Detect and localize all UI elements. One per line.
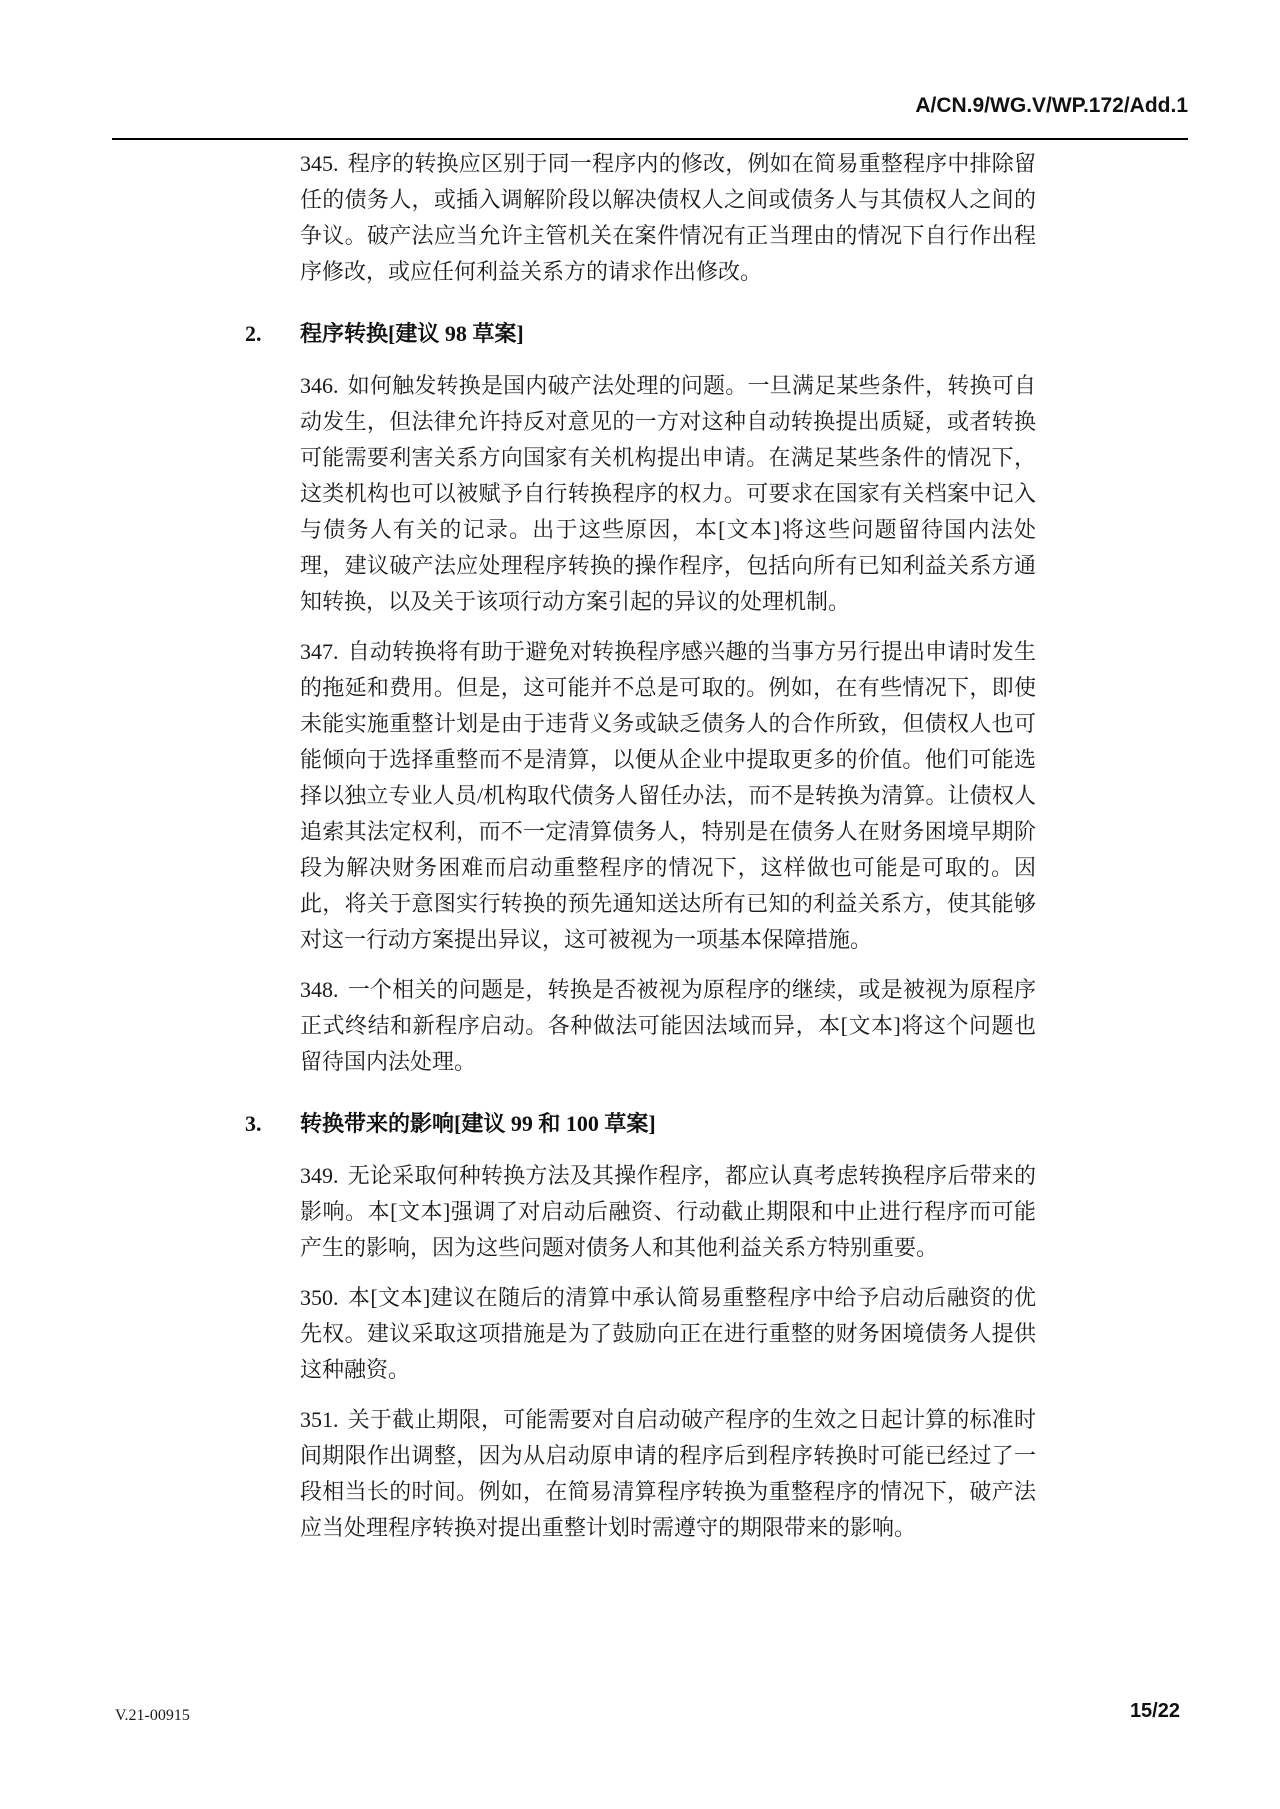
paragraph-351: 351.关于截止期限，可能需要对自启动破产程序的生效之日起计算的标准时间期限作出… [300,1402,1036,1546]
section-title: 转换带来的影响[建议 99 和 100 草案] [300,1111,656,1136]
paragraph-350: 350.本[文本]建议在随后的清算中承认简易重整程序中给予启动后融资的优先权。建… [300,1280,1036,1388]
paragraph-number: 350. [300,1285,339,1310]
document-symbol: A/CN.9/WG.V/WP.172/Add.1 [915,94,1188,118]
document-page: A/CN.9/WG.V/WP.172/Add.1 345.程序的转换应区别于同一… [0,0,1280,1809]
section-title: 程序转换[建议 98 草案] [300,321,524,346]
paragraph-text: 无论采取何种转换方法及其操作程序，都应认真考虑转换程序后带来的影响。本[文本]强… [300,1163,1036,1260]
paragraph-number: 349. [300,1163,339,1188]
paragraph-number: 347. [300,639,339,664]
paragraph-number: 345. [300,151,339,176]
paragraph-text: 程序的转换应区别于同一程序内的修改，例如在简易重整程序中排除留任的债务人，或插入… [300,151,1036,284]
paragraph-text: 关于截止期限，可能需要对自启动破产程序的生效之日起计算的标准时间期限作出调整，因… [300,1407,1036,1540]
document-body: 345.程序的转换应区别于同一程序内的修改，例如在简易重整程序中排除留任的债务人… [300,146,1036,1546]
paragraph-345: 345.程序的转换应区别于同一程序内的修改，例如在简易重整程序中排除留任的债务人… [300,146,1036,290]
paragraph-347: 347.自动转换将有助于避免对转换程序感兴趣的当事方另行提出申请时发生的拖延和费… [300,634,1036,958]
section-heading-3: 3.转换带来的影响[建议 99 和 100 草案] [300,1106,1036,1142]
header-rule [112,138,1188,140]
section-heading-2: 2.程序转换[建议 98 草案] [300,316,1036,352]
paragraph-text: 一个相关的问题是，转换是否被视为原程序的继续，或是被视为原程序正式终结和新程序启… [300,977,1036,1074]
paragraph-number: 348. [300,977,339,1002]
paragraph-text: 本[文本]建议在随后的清算中承认简易重整程序中给予启动后融资的优先权。建议采取这… [300,1285,1036,1382]
footer-job-number: V.21-00915 [115,1707,190,1725]
paragraph-text: 自动转换将有助于避免对转换程序感兴趣的当事方另行提出申请时发生的拖延和费用。但是… [300,639,1036,952]
paragraph-348: 348.一个相关的问题是，转换是否被视为原程序的继续，或是被视为原程序正式终结和… [300,972,1036,1080]
paragraph-349: 349.无论采取何种转换方法及其操作程序，都应认真考虑转换程序后带来的影响。本[… [300,1158,1036,1266]
paragraph-number: 351. [300,1407,339,1432]
paragraph-number: 346. [300,373,339,398]
footer-page-number: 15/22 [1130,1700,1180,1723]
paragraph-346: 346.如何触发转换是国内破产法处理的问题。一旦满足某些条件，转换可自动发生，但… [300,368,1036,620]
section-number: 2. [245,316,262,352]
paragraph-text: 如何触发转换是国内破产法处理的问题。一旦满足某些条件，转换可自动发生，但法律允许… [300,373,1036,614]
section-number: 3. [245,1106,262,1142]
